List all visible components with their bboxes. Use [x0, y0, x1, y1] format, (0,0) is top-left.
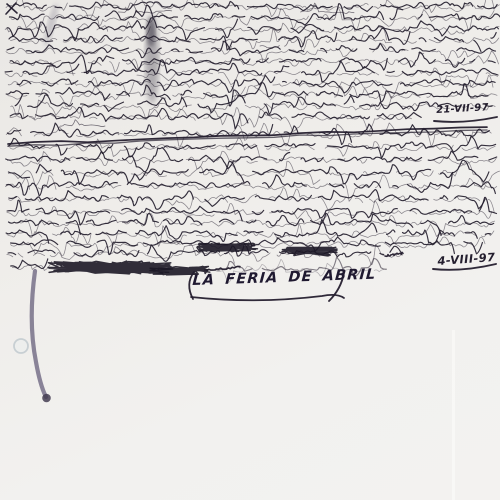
hole-punch-mark — [14, 339, 28, 353]
handwriting-svg — [0, 0, 500, 500]
margin-x-mark — [6, 3, 17, 14]
stray-pen-stroke — [32, 271, 51, 402]
scanned-page: LA FERIA DE ABRIL 21-VII-97 4-VIII-97 — [0, 0, 500, 500]
ink-smear — [41, 3, 159, 104]
